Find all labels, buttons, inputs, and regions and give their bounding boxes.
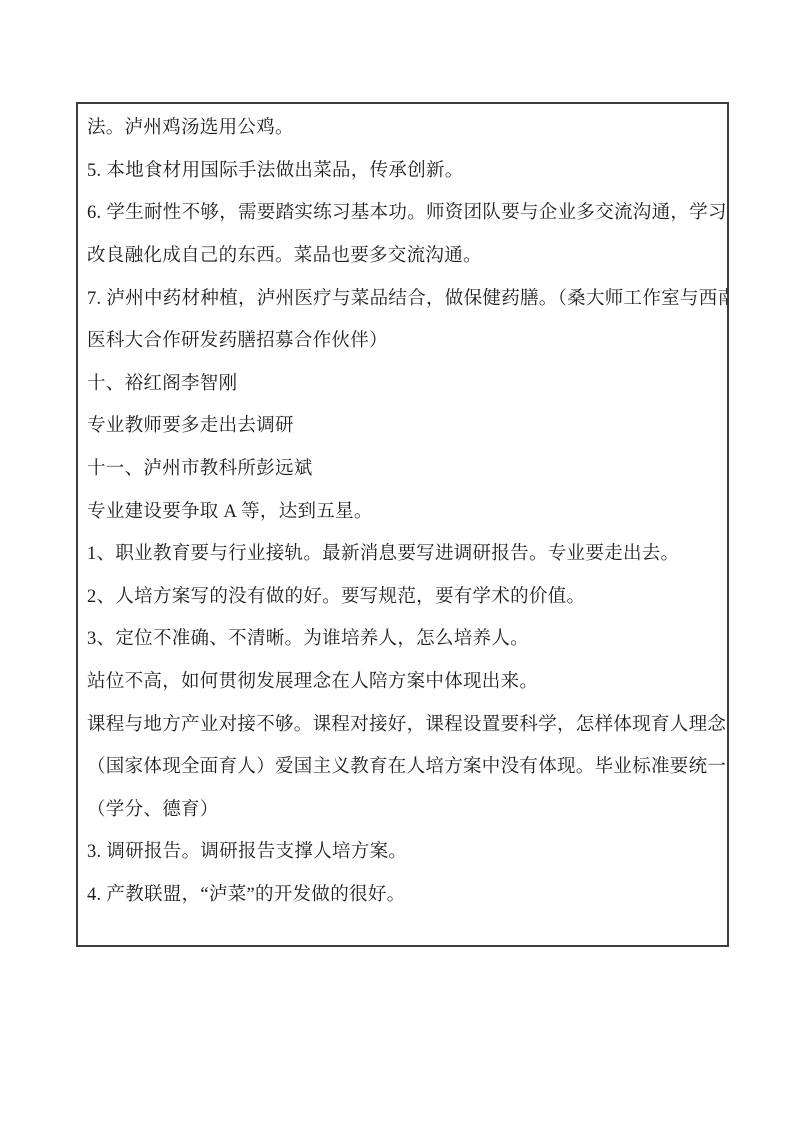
text-line: 法。泸州鸡汤选用公鸡。 xyxy=(87,105,718,148)
text-lines: 法。泸州鸡汤选用公鸡。5. 本地食材用国际手法做出菜品，传承创新。6. 学生耐性… xyxy=(87,105,718,914)
text-line: 专业建设要争取 A 等，达到五星。 xyxy=(87,488,718,531)
text-line: 十、裕红阁李智刚 xyxy=(87,361,718,404)
content-table-cell: 法。泸州鸡汤选用公鸡。5. 本地食材用国际手法做出菜品，传承创新。6. 学生耐性… xyxy=(76,102,729,947)
text-line: （国家体现全面育人）爱国主义教育在人培方案中没有体现。毕业标准要统一 xyxy=(87,744,718,787)
text-line: 课程与地方产业对接不够。课程对接好，课程设置要科学，怎样体现育人理念。 xyxy=(87,701,718,744)
document-page: 法。泸州鸡汤选用公鸡。5. 本地食材用国际手法做出菜品，传承创新。6. 学生耐性… xyxy=(0,0,793,1122)
text-line: 1、职业教育要与行业接轨。最新消息要写进调研报告。专业要走出去。 xyxy=(87,531,718,574)
text-line: 2、人培方案写的没有做的好。要写规范，要有学术的价值。 xyxy=(87,574,718,617)
text-line: （学分、德育） xyxy=(87,787,718,830)
text-line: 3. 调研报告。调研报告支撑人培方案。 xyxy=(87,829,718,872)
text-line: 5. 本地食材用国际手法做出菜品，传承创新。 xyxy=(87,148,718,191)
text-line: 十一、泸州市教科所彭远斌 xyxy=(87,446,718,489)
text-line: 专业教师要多走出去调研 xyxy=(87,403,718,446)
text-line: 改良融化成自己的东西。菜品也要多交流沟通。 xyxy=(87,233,718,276)
text-line: 7. 泸州中药材种植，泸州医疗与菜品结合，做保健药膳。（桑大师工作室与西南 xyxy=(87,275,718,318)
text-line: 4. 产教联盟，“泸菜”的开发做的很好。 xyxy=(87,872,718,915)
text-line: 3、定位不准确、不清晰。为谁培养人，怎么培养人。 xyxy=(87,616,718,659)
text-line: 医科大合作研发药膳招募合作伙伴） xyxy=(87,318,718,361)
text-line: 站位不高，如何贯彻发展理念在人陪方案中体现出来。 xyxy=(87,659,718,702)
text-line: 6. 学生耐性不够，需要踏实练习基本功。师资团队要与企业多交流沟通，学习 xyxy=(87,190,718,233)
